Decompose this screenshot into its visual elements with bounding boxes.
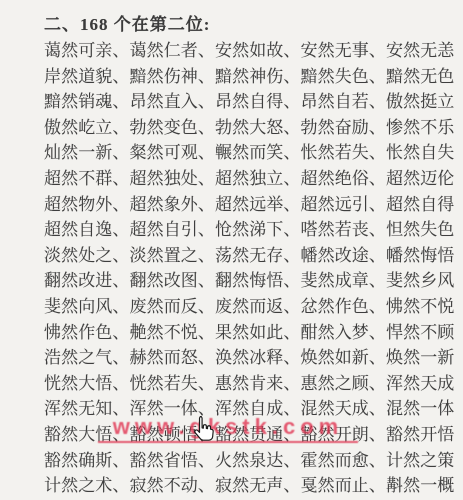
idiom-line: 豁然确斯、豁然省悟、火然泉达、霍然而愈、计然之策 [44, 448, 463, 474]
idiom-line: 超然物外、超然象外、超然远举、超然远引、超然自得 [44, 192, 463, 218]
idiom-line: 黯然销魂、昂然直入、昂然自得、昂然自若、傲然挺立 [44, 89, 463, 115]
idiom-line: 淡然处之、淡然置之、荡然无存、幡然改途、幡然悔悟 [44, 243, 463, 269]
watermark-link[interactable]: www.gkstk.com [98, 414, 358, 443]
idiom-line: 斐然向风、废然而反、废然而返、忿然作色、怫然不悦 [44, 294, 463, 320]
page-title: 二、168 个在第二位: [44, 10, 463, 35]
idiom-line: 计然之术、寂然不动、寂然无声、戛然而止、斠然一概 [44, 473, 463, 499]
idiom-line: 怫然作色、艴然不悦、果然如此、酣然入梦、悍然不顾 [44, 320, 463, 346]
idiom-line: 岸然道貌、黯然伤神、黯然神伤、黯然失色、黯然无色 [44, 64, 463, 90]
idiom-line: 傲然屹立、勃然变色、勃然大怒、勃然奋励、惨然不乐 [44, 115, 463, 141]
idiom-line: 灿然一新、粲然可观、冁然而笑、怅然若失、怅然自失 [44, 140, 463, 166]
idiom-line: 翻然改进、翻然改图、翻然悔悟、斐然成章、斐然乡风 [44, 268, 463, 294]
idiom-line: 超然自逸、超然自引、怆然涕下、嗒然若丧、怛然失色 [44, 217, 463, 243]
idiom-line: 超然不群、超然独处、超然独立、超然绝俗、超然迈伦 [44, 166, 463, 192]
idiom-line: 恍然大悟、恍然若失、惠然肯来、惠然之顾、浑然天成 [44, 371, 463, 397]
idiom-line: 浩然之气、赫然而怒、涣然冰释、焕然如新、焕然一新 [44, 345, 463, 371]
idiom-line: 蔼然可亲、蔼然仁者、安然如故、安然无事、安然无恙 [44, 38, 463, 64]
